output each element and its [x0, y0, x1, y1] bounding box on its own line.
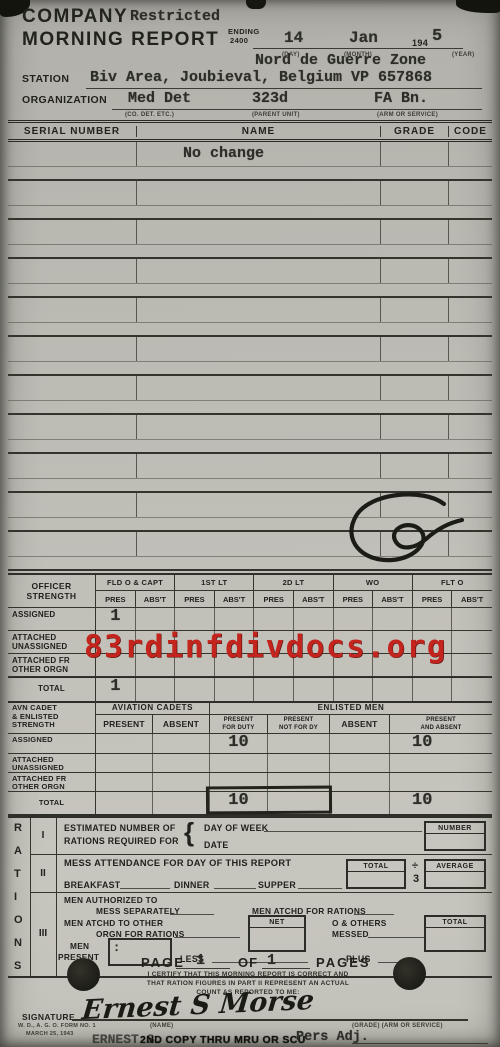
strength-value-cell: [153, 773, 210, 791]
mess-attendance-label: MESS ATTENDANCE FOR DAY OF THIS REPORT: [64, 858, 291, 868]
strength-value-cell: [452, 678, 492, 701]
strength-value-cell: [390, 773, 492, 791]
roster-cell: [8, 298, 136, 322]
divide-by-value: 3: [413, 873, 419, 885]
supper-blank: [298, 878, 342, 889]
column-header-present-for-duty: PRESENT FOR DUTY: [210, 715, 268, 734]
roster-cell: [8, 376, 136, 400]
strength-value-cell: [175, 678, 215, 701]
strength-value-cell: [330, 773, 390, 791]
total-box-mess-label: TOTAL: [348, 861, 404, 872]
roster-cell: [136, 181, 380, 205]
form-type-label: COMPANY: [22, 6, 128, 28]
scan-corner-mark: [456, 0, 500, 13]
watermark-text: 83rdinfdivdocs.org: [84, 629, 447, 665]
strength-value-cell: [254, 678, 294, 701]
strength-value-cell: 10: [390, 792, 492, 814]
roster-cell: [8, 454, 136, 478]
messed-label: MESSED: [332, 929, 369, 939]
column-header-name: NAME: [136, 126, 380, 137]
strength-value-cell: [215, 608, 255, 630]
rations-vertical-letter: I: [14, 891, 17, 903]
roster-cell: [380, 376, 448, 400]
strength-value-cell: [452, 654, 492, 676]
officer-strength-header: OFFICER STRENGTH FLD O & CAPT 1ST LT 2D …: [8, 575, 492, 608]
date-month-value: Jan: [349, 29, 378, 47]
column-header-pres: PRES: [254, 591, 294, 607]
routing-stamp: 2ND COPY THRU MRU OR SCU: [140, 1034, 306, 1046]
date-label: DATE: [204, 840, 229, 850]
officer-strength-row: TOTAL1: [8, 677, 492, 703]
column-header-present-and-absent: PRESENT AND ABSENT: [390, 715, 492, 734]
column-group-2d-lt: 2D LT: [254, 575, 333, 590]
row-label: ASSIGNED: [8, 608, 96, 630]
roster-cell: [136, 415, 380, 439]
net-box-label: NET: [250, 917, 304, 928]
roster-row: [8, 454, 492, 493]
certify-line-1: I CERTIFY THAT THIS MORNING REPORT IS CO…: [118, 971, 378, 978]
supper-label: SUPPER: [258, 880, 296, 890]
column-group-enlisted-men: ENLISTED MEN: [210, 701, 492, 714]
zone-value: Nord de Guerre Zone: [255, 52, 426, 69]
roster-header-row: SERIAL NUMBER NAME GRADE CODE: [8, 120, 492, 142]
roster-cell: [380, 337, 448, 361]
grade-sublabel: (GRADE) (ARM OR SERVICE): [352, 1023, 443, 1029]
rations-vertical-letter: N: [14, 937, 22, 949]
strength-value-cell: [452, 631, 492, 653]
rations-vertical-letter: R: [14, 822, 22, 834]
roster-cell: [8, 181, 136, 205]
signature-label: SIGNATURE: [22, 1012, 75, 1022]
strength-value-cell: [390, 754, 492, 772]
roster-cell: [8, 493, 136, 517]
roster-cell: [380, 415, 448, 439]
punch-hole: [67, 958, 100, 991]
roster-cell: [448, 454, 492, 478]
divider: [30, 854, 492, 855]
roster-cell: [8, 532, 136, 556]
column-header-absent: ABSENT: [153, 715, 210, 734]
column-header-abst: ABS'T: [373, 591, 413, 607]
total-box-mess: TOTAL: [346, 859, 406, 889]
men-label: MEN: [70, 941, 89, 951]
section-numeral-1: I: [30, 830, 56, 841]
strength-value-cell: [330, 734, 390, 753]
strength-value-cell: [175, 608, 215, 630]
column-group-aviation-cadets: AVIATION CADETS: [96, 701, 210, 714]
rations-vertical-letter: O: [14, 914, 23, 926]
year-sublabel: (YEAR): [452, 52, 474, 58]
station-label: STATION: [22, 73, 69, 85]
strength-value-cell: [153, 792, 210, 814]
org-unit-value: Med Det: [128, 90, 191, 107]
roster-cell: [8, 337, 136, 361]
enlisted-strength-row: ASSIGNED1010: [8, 734, 492, 754]
roster-row: [8, 415, 492, 454]
ending-time: 2400: [230, 36, 248, 45]
breakfast-label: BREAKFAST: [64, 880, 120, 890]
officer-strength-title: OFFICER STRENGTH: [8, 575, 96, 607]
rations-estimated-line2: RATIONS REQUIRED FOR: [64, 836, 179, 846]
row-label: ATTACHED FR OTHER ORGN: [8, 773, 96, 791]
dinner-blank: [214, 878, 256, 889]
number-box-label: NUMBER: [426, 823, 484, 834]
strength-value-cell: [254, 608, 294, 630]
net-box: NET: [248, 915, 306, 952]
page-title: MORNING REPORT: [22, 29, 219, 51]
date-year-value: 5: [432, 27, 442, 46]
men-atchd-other-label: MEN ATCHD TO OTHER: [64, 918, 163, 928]
scan-blemish: [246, 0, 266, 9]
strength-value-cell: [96, 773, 153, 791]
total-pages-value: 1: [267, 952, 276, 969]
page-number-value: 1: [196, 952, 205, 969]
strength-value-cell: [210, 754, 268, 772]
day-of-week-label: DAY OF WEEK: [204, 823, 268, 833]
certify-line-2: THAT RATION FIGURES IN PART II REPRESENT…: [118, 980, 378, 987]
pages-label: PAGES: [316, 955, 371, 970]
name-sublabel: (NAME): [150, 1023, 173, 1029]
roster-row: No change: [8, 142, 492, 181]
day-of-week-blank: [264, 821, 422, 832]
roster-row: [8, 220, 492, 259]
org-unit-sublabel: (CO. DET. ETC.): [125, 112, 174, 118]
row-label: ASSIGNED: [8, 734, 96, 753]
rations-vertical-letter: T: [14, 868, 21, 880]
strength-value-cell: 10: [210, 734, 268, 753]
strength-value-cell: [334, 678, 374, 701]
strength-value-cell: [136, 608, 176, 630]
strength-value-cell: [96, 734, 153, 753]
handwritten-initial-mark: [316, 490, 466, 572]
men-atchd-rations-blank: [354, 904, 394, 915]
roster-cell: [448, 220, 492, 244]
year-preprint: 194: [412, 38, 428, 48]
strength-value-cell: 1: [96, 678, 136, 701]
row-label: ATTACHED UNASSIGNED: [8, 754, 96, 772]
roster-row: [8, 337, 492, 376]
strength-value-cell: [452, 608, 492, 630]
column-group-flt-o: FLT O: [413, 575, 492, 590]
strength-value-cell: [373, 608, 413, 630]
average-box-label: AVERAGE: [426, 861, 484, 872]
handwritten-ditto-mark: :: [113, 941, 120, 955]
divider: [30, 818, 31, 976]
strength-value-cell: [413, 608, 453, 630]
roster-cell: [136, 376, 380, 400]
strength-value-cell: [153, 754, 210, 772]
roster-cell: [380, 181, 448, 205]
orgn-for-rations-blank: [174, 927, 240, 938]
strength-value-cell: [268, 754, 330, 772]
men-authorized-label: MEN AUTHORIZED TO: [64, 895, 158, 905]
roster-cell: [448, 415, 492, 439]
mess-separately-blank: [170, 904, 214, 915]
roster-cell: [136, 454, 380, 478]
roster-cell: [380, 259, 448, 283]
strength-value-cell: [294, 678, 334, 701]
rations-section: RATIONS I II III ESTIMATED NUMBER OF RAT…: [8, 816, 492, 978]
org-parent-value: 323d: [252, 90, 288, 107]
messed-blank: [368, 927, 424, 938]
roster-cell: [448, 337, 492, 361]
roster-cell: [448, 298, 492, 322]
form-date-label: MARCH 25, 1943: [26, 1031, 74, 1037]
column-header-pres: PRES: [334, 591, 374, 607]
column-group-fldo-capt: FLD O & CAPT: [96, 575, 175, 590]
total-box-rations-label: TOTAL: [426, 917, 484, 928]
form-number-label: W. D., A. G. O. FORM NO. 1: [18, 1023, 96, 1029]
enlisted-strength-header: AVN CADET & ENLISTED STRENGTH AVIATION C…: [8, 701, 492, 734]
classification-stamp: Restricted: [130, 8, 220, 25]
divide-sign: ÷: [412, 860, 418, 872]
station-value: Biv Area, Joubieval, Belgium VP 657868: [90, 69, 432, 86]
divider: [56, 818, 57, 976]
row-label: ATTACHED UNASSIGNED: [8, 631, 96, 653]
section-numeral-2: II: [30, 868, 56, 879]
org-parent-sublabel: (PARENT UNIT): [252, 112, 300, 118]
roster-cell: [8, 415, 136, 439]
grade-blank: [352, 1030, 488, 1044]
org-arm-sublabel: (ARM OR SERVICE): [377, 112, 438, 118]
strength-value-cell: [413, 678, 453, 701]
mess-separately-label: MESS SEPARATELY: [96, 906, 180, 916]
officer-strength-row: ASSIGNED1: [8, 608, 492, 631]
strength-value-cell: [96, 792, 153, 814]
row-label: ATTACHED FR OTHER ORGN: [8, 654, 96, 676]
column-header-abst: ABS'T: [136, 591, 176, 607]
row-label: TOTAL: [8, 792, 96, 814]
column-header-abst: ABS'T: [215, 591, 255, 607]
number-box: NUMBER: [424, 821, 486, 851]
strength-value-cell: [334, 608, 374, 630]
strength-value-cell: [215, 678, 255, 701]
strength-value-cell: 1: [96, 608, 136, 630]
roster-cell: [380, 298, 448, 322]
rations-vertical-letter: A: [14, 845, 22, 857]
strength-value-cell: [268, 734, 330, 753]
column-header-serial: SERIAL NUMBER: [8, 126, 136, 137]
strength-value-cell: [330, 792, 390, 814]
column-header-pres: PRES: [175, 591, 215, 607]
roster-row: [8, 298, 492, 337]
row-label: TOTAL: [8, 678, 96, 701]
column-header-abst: ABS'T: [452, 591, 492, 607]
breakfast-blank: [120, 878, 170, 889]
rations-vertical-letter: S: [14, 960, 21, 972]
column-header-absent-enlisted: ABSENT: [330, 715, 390, 734]
roster-cell: [380, 142, 448, 166]
rations-estimated-line1: ESTIMATED NUMBER OF: [64, 823, 176, 833]
roster-cell: [448, 142, 492, 166]
roster-cell: [448, 376, 492, 400]
enlisted-strength-row: ATTACHED UNASSIGNED: [8, 754, 492, 773]
section-numeral-3: III: [30, 928, 56, 939]
roster-cell: [8, 142, 136, 166]
punch-hole: [393, 957, 426, 990]
enlisted-strength-title: AVN CADET & ENLISTED STRENGTH: [8, 701, 96, 733]
strength-value-cell: 10: [390, 734, 492, 753]
roster-cell: [448, 259, 492, 283]
roster-cell: [380, 220, 448, 244]
date-day-value: 14: [284, 29, 303, 47]
column-header-present: PRESENT: [96, 715, 153, 734]
roster-row: [8, 181, 492, 220]
roster-entry-value: No change: [136, 142, 380, 166]
column-header-present-not-for-duty: PRESENT NOT FOR DY: [268, 715, 330, 734]
column-group-wo: WO: [334, 575, 413, 590]
strength-value-cell: [294, 608, 334, 630]
column-header-pres: PRES: [413, 591, 453, 607]
roster-row: [8, 259, 492, 298]
org-arm-value: FA Bn.: [374, 90, 428, 107]
roster-cell: [380, 454, 448, 478]
of-label: OF: [238, 955, 258, 970]
strength-value-cell: [136, 678, 176, 701]
roster-cell: [448, 181, 492, 205]
handwritten-emphasis-box: [206, 786, 332, 815]
column-header-abst: ABS'T: [294, 591, 334, 607]
strength-value-cell: [373, 678, 413, 701]
strength-value-cell: [96, 754, 153, 772]
roster-cell: [136, 220, 380, 244]
roster-cell: [136, 298, 380, 322]
column-header-pres: PRES: [96, 591, 136, 607]
scanned-morning-report: COMPANY Restricted MORNING REPORT ENDING…: [0, 0, 500, 1047]
brace-glyph: {: [184, 817, 194, 848]
divider: [30, 892, 492, 893]
roster-cell: [136, 259, 380, 283]
strength-value-cell: [153, 734, 210, 753]
roster-cell: [136, 337, 380, 361]
average-box: AVERAGE: [424, 859, 486, 889]
dinner-label: DINNER: [174, 880, 210, 890]
roster-row: [8, 376, 492, 415]
column-header-code: CODE: [448, 126, 492, 137]
roster-cell: [8, 220, 136, 244]
total-box-rations: TOTAL: [424, 915, 486, 952]
strength-value-cell: [330, 754, 390, 772]
column-header-grade: GRADE: [380, 126, 448, 137]
roster-cell: [8, 259, 136, 283]
column-group-1st-lt: 1ST LT: [175, 575, 254, 590]
organization-label: ORGANIZATION: [22, 94, 107, 106]
